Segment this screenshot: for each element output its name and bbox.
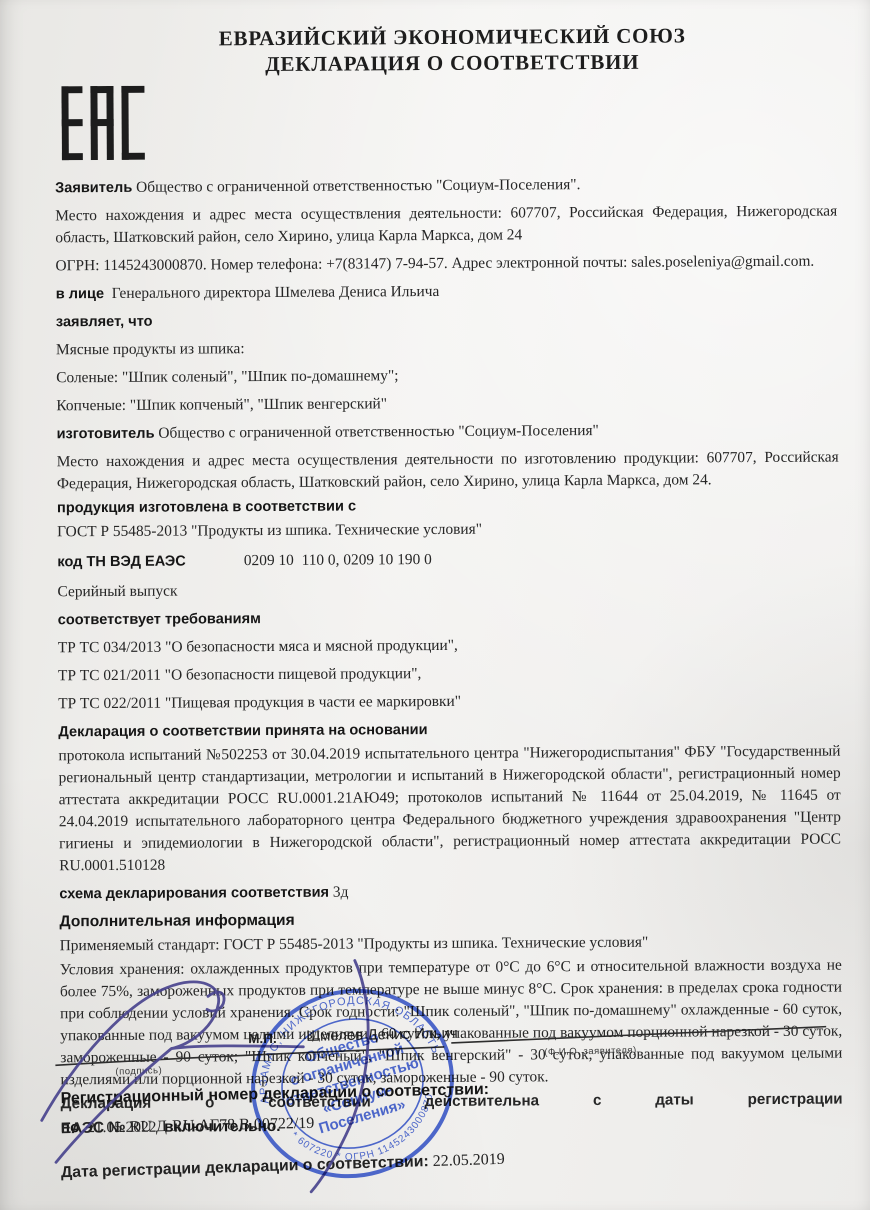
manufacturer-value: Общество с ограниченной ответственностью… — [158, 422, 599, 442]
eac-mark-icon — [61, 86, 145, 166]
applicant-ogrn-line: ОГРН: 1145243000870. Номер телефона: +7(… — [55, 251, 837, 278]
registration-number-prefix: ЕАЭС № — [61, 1119, 126, 1137]
document-content: ЕВРАЗИЙСКИЙ ЭКОНОМИЧЕСКИЙ СОЮЗ ДЕКЛАРАЦИ… — [0, 0, 870, 1210]
applicant-label: Заявитель — [55, 180, 132, 196]
tnved-line: код ТН ВЭД ЕАЭС0209 10 110 0, 0209 10 19… — [57, 547, 839, 574]
declaration-document: ЕВРАЗИЙСКИЙ ЭКОНОМИЧЕСКИЙ СОЮЗ ДЕКЛАРАЦИ… — [0, 0, 870, 1210]
regulation-item: ТР ТС 034/2013 "О безопасности мяса и мя… — [58, 633, 840, 660]
scheme-label: схема декларирования соответствия — [59, 885, 329, 903]
regulation-item: ТР ТС 021/2011 "О безопасности пищевой п… — [58, 661, 840, 688]
scheme-value: 3д — [333, 884, 349, 901]
applied-standard-line: Применяемый стандарт: ГОСТ Р 55485-2013 … — [60, 931, 842, 958]
made-per-value: ГОСТ Р 55485-2013 "Продукты из шпика. Те… — [57, 517, 839, 544]
eac-logo-svg — [61, 86, 145, 161]
title-line-declaration: ДЕКЛАРАЦИЯ О СООТВЕТСТВИИ — [37, 47, 867, 78]
additional-info-label: Дополнительная информация — [59, 907, 841, 934]
regulation-item: ТР ТС 022/2011 "Пищевая продукция в част… — [58, 689, 840, 716]
signature-caption: (подпись) — [115, 1065, 162, 1078]
basis-label: Декларация о соответствии принята на осн… — [58, 717, 840, 744]
applicant-line: Заявитель Общество с ограниченной ответс… — [55, 173, 837, 200]
in-person-value: Генерального директора Шмелева Дениса Ил… — [112, 283, 440, 302]
declares-label: заявляет, что — [56, 307, 838, 334]
in-person-label: в лице — [56, 286, 104, 302]
tnved-value: 0209 10 110 0, 0209 10 190 0 — [244, 551, 432, 569]
basis-text: протокола испытаний №502253 от 30.04.201… — [58, 741, 841, 878]
tnved-label: код ТН ВЭД ЕАЭС — [57, 554, 186, 571]
stamp-svg: АРЗАМАС, НИЖЕГОРОДСКАЯ ОБЛАСТЬ * 607220 … — [246, 984, 459, 1183]
product-smoked: Копченые: "Шпик копченый", "Шпик венгерс… — [56, 391, 838, 418]
company-stamp: АРЗАМАС, НИЖЕГОРОДСКАЯ ОБЛАСТЬ * 607220 … — [246, 984, 459, 1188]
scheme-line: схема декларирования соответствия 3д — [59, 879, 841, 906]
manufacturer-label: изготовитель — [56, 426, 154, 443]
product-group: Мясные продукты из шпика: — [56, 335, 838, 362]
meets-label: соответствует требованиям — [58, 605, 840, 632]
manufacturer-address: Место нахождения и адрес места осуществл… — [57, 447, 839, 496]
made-per-label: продукция изготовлена в соответствии с — [57, 493, 839, 520]
manufacturer-line: изготовитель Общество с ограниченной отв… — [56, 419, 838, 446]
fio-caption: (Ф.И.О. заявителя) — [544, 1045, 637, 1058]
in-person-line: в лице Генерального директора Шмелева Де… — [56, 279, 838, 306]
document-title: ЕВРАЗИЙСКИЙ ЭКОНОМИЧЕСКИЙ СОЮЗ ДЕКЛАРАЦИ… — [37, 21, 867, 78]
product-salted: Соленые: "Шпик соленый", "Шпик по-домашн… — [56, 363, 838, 390]
applicant-address: Место нахождения и адрес места осуществл… — [55, 201, 837, 250]
applicant-value: Общество с ограниченной ответственностью… — [136, 176, 580, 196]
serial-release: Серийный выпуск — [57, 577, 839, 604]
